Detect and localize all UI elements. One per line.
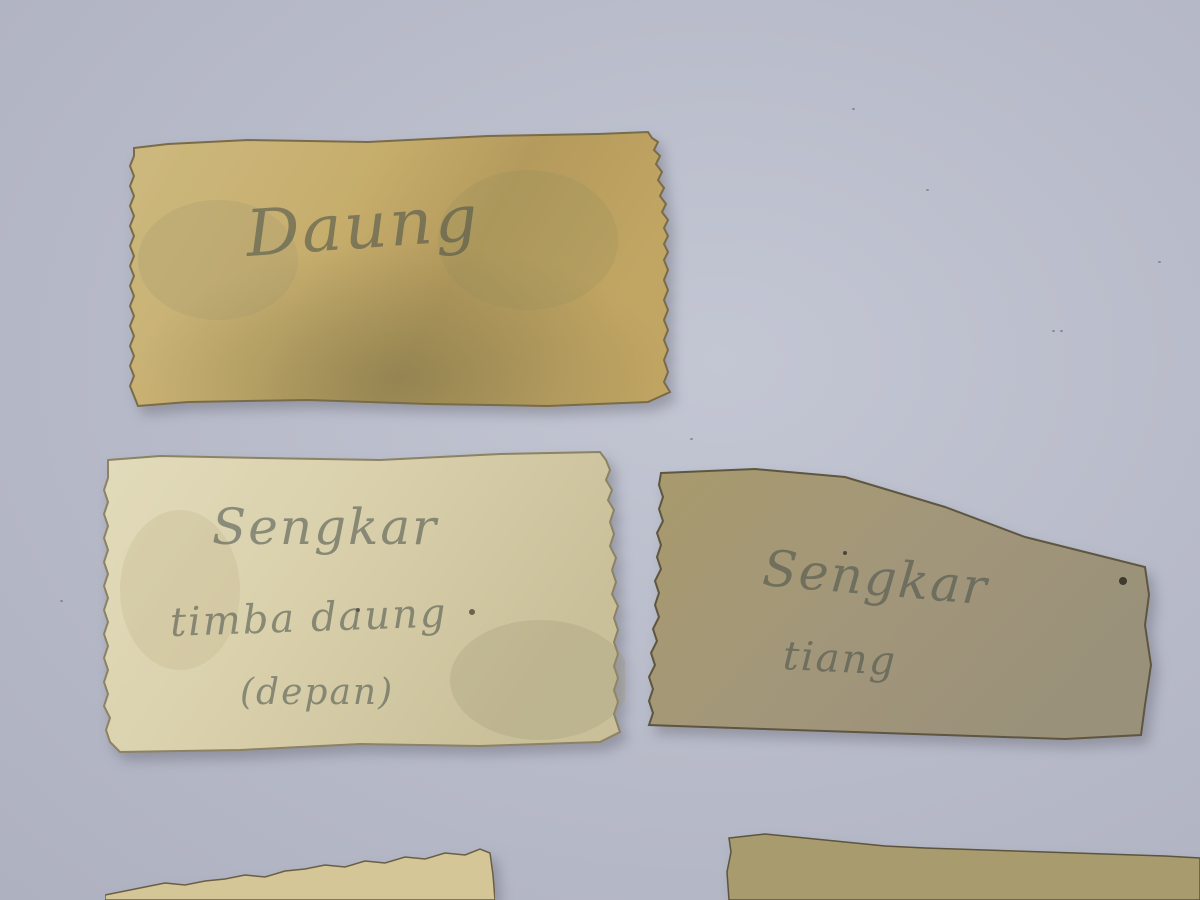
specimen-label-bottom-left-partial	[105, 845, 495, 900]
dust-speck	[60, 600, 63, 602]
handwritten-label-line-1: Sengkar	[212, 498, 438, 556]
paper-texture	[725, 832, 1200, 900]
handwritten-label-line-2: timba daung	[169, 590, 448, 646]
specimen-label-middle-left: Sengkar timba daung (depan)	[100, 450, 625, 755]
specimen-label-top: Daung	[128, 130, 673, 410]
dust-speck	[690, 438, 693, 440]
paper-texture	[105, 845, 495, 900]
dust-speck	[1060, 330, 1063, 332]
specimen-label-middle-right: Sengkar tiang	[645, 465, 1160, 745]
dust-speck	[1158, 261, 1161, 263]
dust-speck	[1052, 330, 1055, 332]
dust-speck	[926, 189, 929, 191]
dust-speck	[852, 108, 855, 110]
specimen-label-bottom-right-partial	[725, 832, 1200, 900]
handwritten-label-line-3: (depan)	[240, 672, 394, 713]
handwritten-label-line-2: tiang	[782, 633, 898, 685]
paper-texture	[128, 130, 673, 410]
